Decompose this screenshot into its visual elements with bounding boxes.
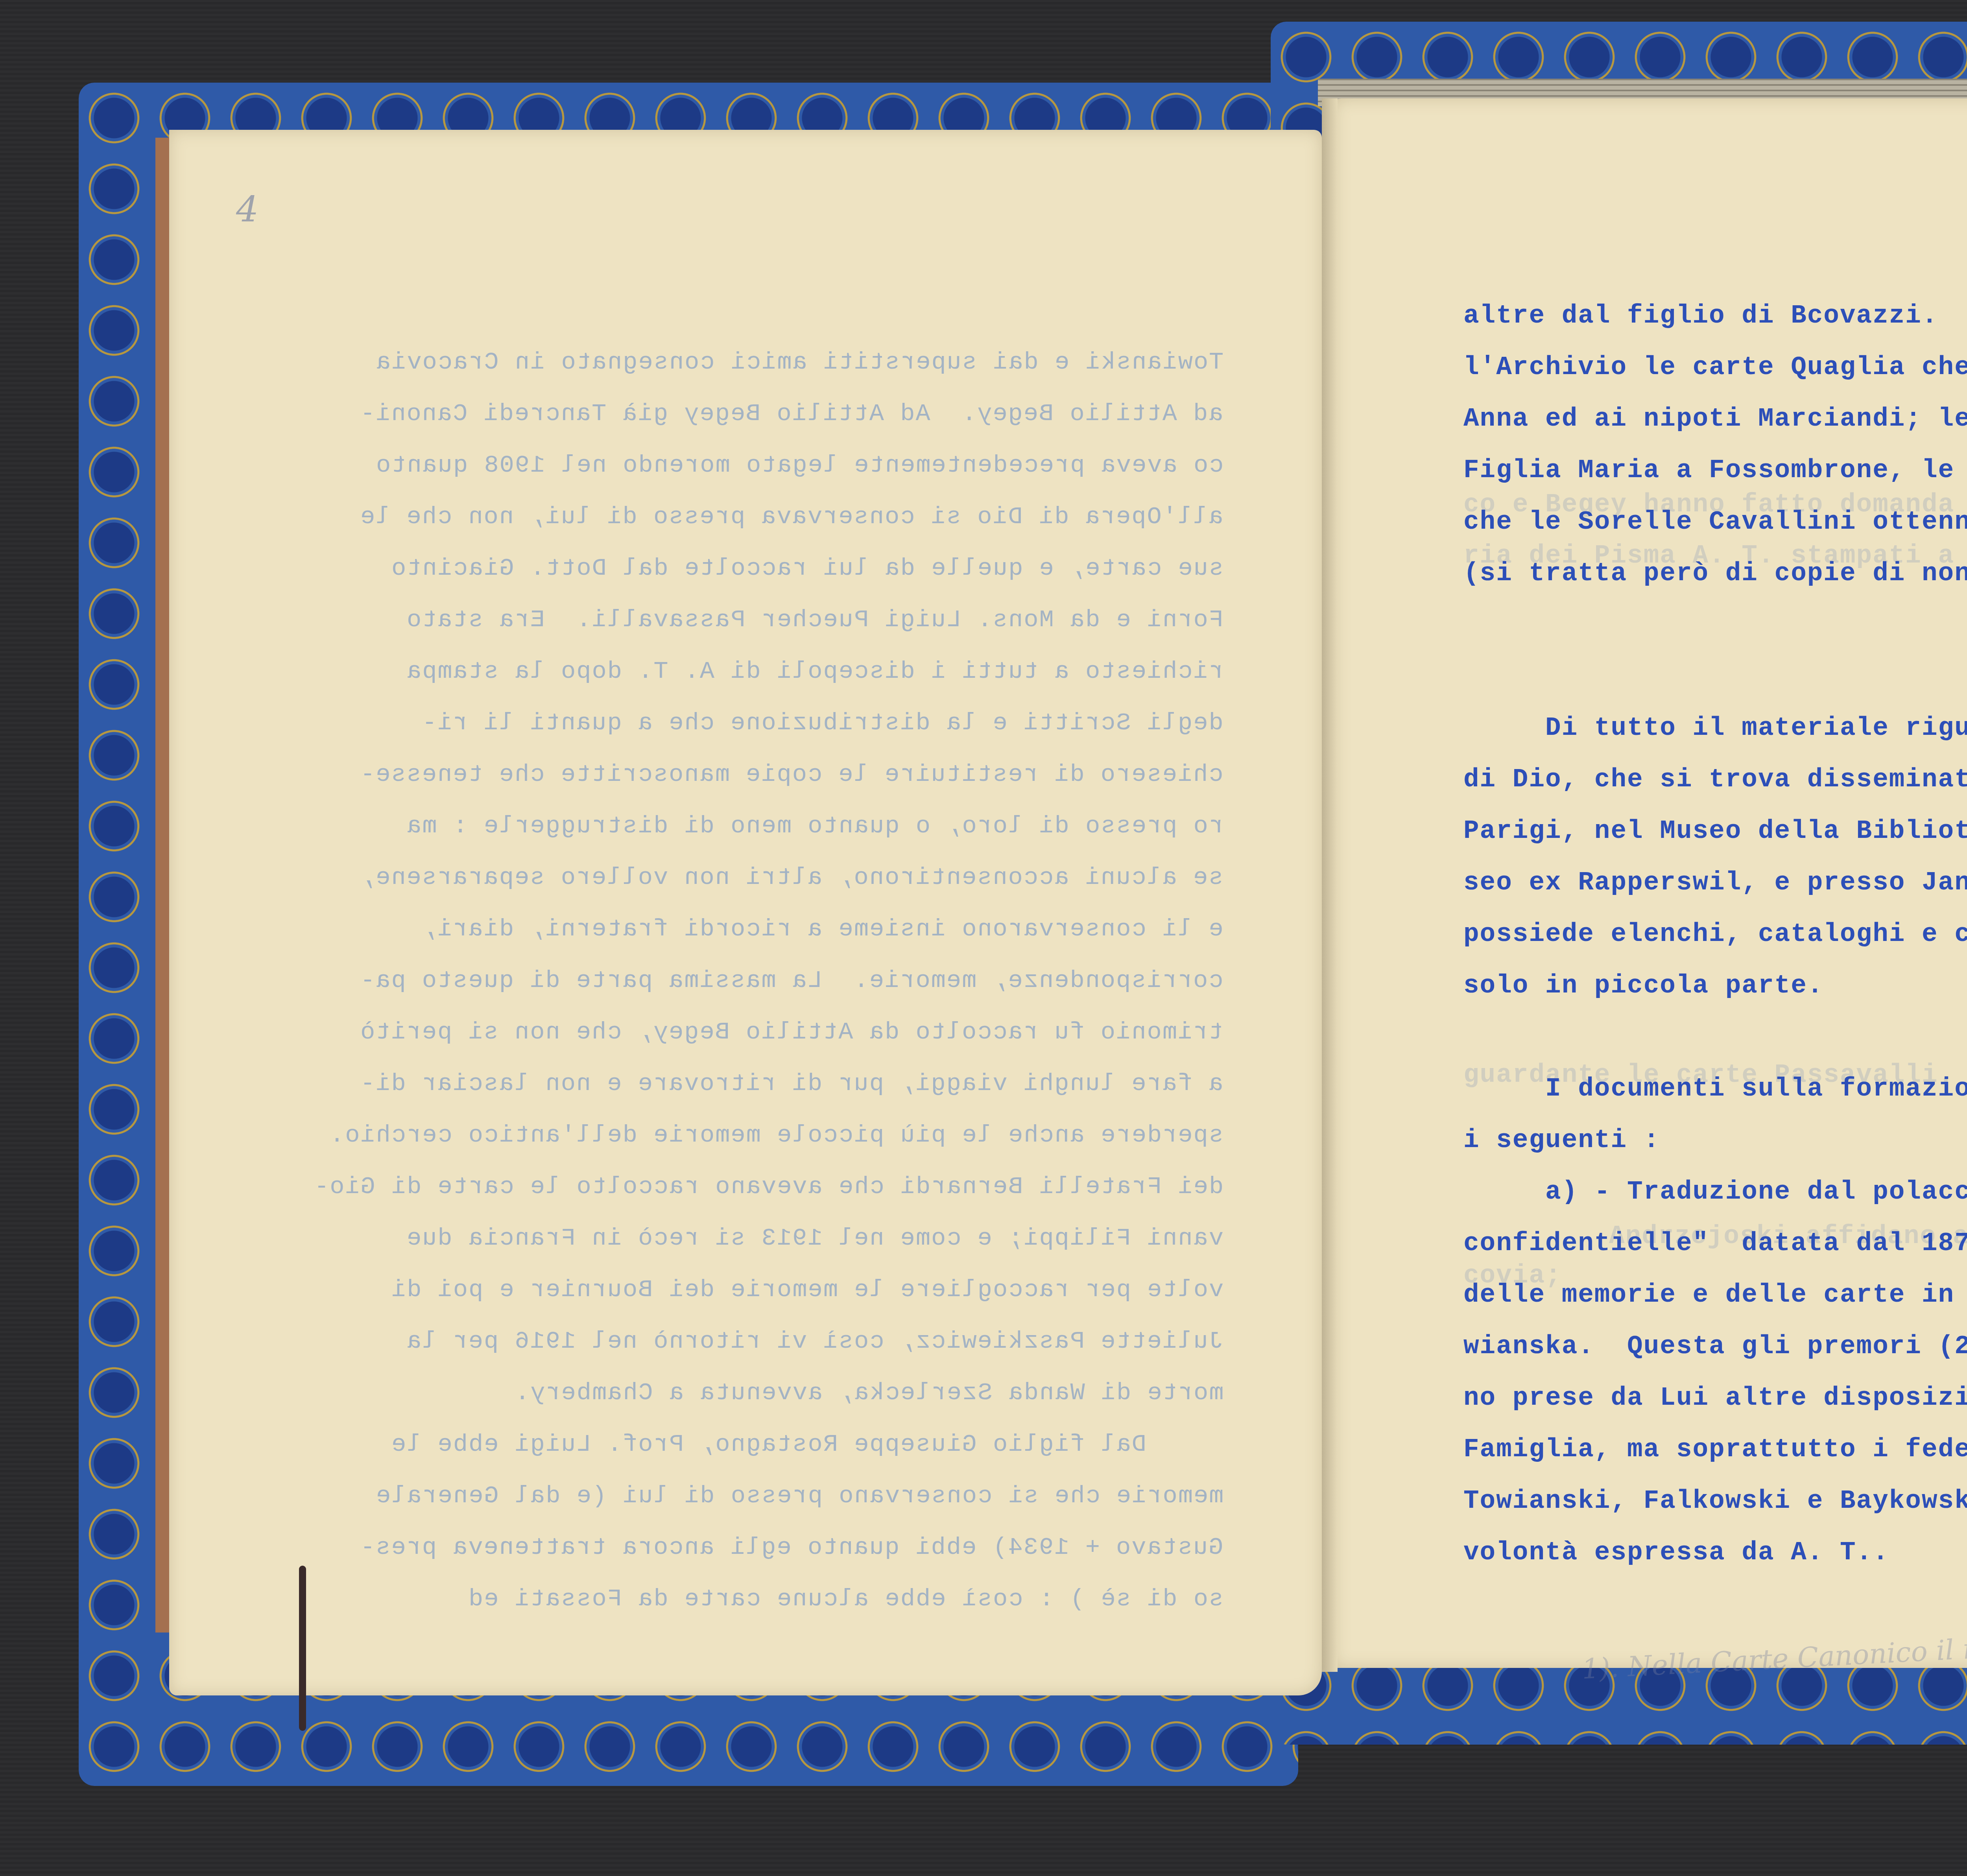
mirrored-line: volte per raccogliere le memorie dei Bou…	[391, 1278, 1223, 1302]
mirrored-line: a fare lunghi viaggi, pur di ritrovare e…	[360, 1072, 1223, 1096]
mirrored-line: e li conservarono insieme a ricordi frat…	[421, 917, 1223, 941]
mirrored-line: dei Fratelli Bernardi che avevano raccol…	[314, 1175, 1223, 1199]
cover-edge-strip	[155, 138, 171, 1633]
mirrored-line: Juliette Paszkiewicz, così vi ritornò ne…	[406, 1329, 1223, 1354]
mirrored-line: Dal figlio Giuseppe Rostagno, Prof. Luig…	[391, 1432, 1223, 1457]
mirrored-line: corrispondenze, memorie. La massima part…	[360, 968, 1223, 993]
typed-line: no prese da Lui altre disposizioni. Furo…	[1463, 1385, 1967, 1411]
typed-line: a) - Traduzione dal polacco del document…	[1463, 1179, 1967, 1205]
mirrored-line: all'Opera di Dio si conservava presso di…	[360, 505, 1223, 529]
mirrored-line: sue carte, e quelle da lui raccolte dal …	[391, 556, 1223, 581]
typed-line: che le Sorelle Cavallini ottennero di te…	[1463, 509, 1967, 535]
typed-line: delle memorie e delle carte in favore di…	[1463, 1282, 1967, 1308]
typed-line: (si tratta però di copie di non grande v…	[1463, 561, 1967, 587]
typed-line: Parigi, nel Museo della Biblioteka Jagie…	[1463, 818, 1967, 844]
typed-line: I documenti sulla formazione dell'Archiv…	[1463, 1076, 1967, 1102]
mirrored-line: morte di Wanda Szerlecka, avvenuta a Cha…	[514, 1381, 1223, 1405]
typed-line: seo ex Rapperswil, e presso Jan Chrzanow…	[1463, 870, 1967, 896]
typed-line: Anna ed ai nipoti Marciandi; le carte Ar…	[1463, 406, 1967, 432]
mirrored-line: ad Attilio Begey. Ad Attilio Begey già T…	[360, 402, 1223, 426]
typed-line: possiede elenchi, cataloghi e copie di d…	[1463, 921, 1967, 947]
pencil-page-number-left: 4	[236, 189, 258, 230]
ink-stain	[299, 1566, 306, 1731]
typed-line: di Dio, che si trova disseminato nel Mus…	[1463, 767, 1967, 793]
typed-line: Famiglia, ma soprattutto i fedeli amici …	[1463, 1437, 1967, 1463]
mirrored-line: memorie che si conservano presso di lui …	[375, 1484, 1223, 1508]
typed-line: i seguenti :	[1463, 1127, 1660, 1153]
mirrored-line: richiesto a tutti i discepoli di A. T. d…	[406, 659, 1223, 684]
mirrored-line: Forni e da Mons. Luigi Puecher Passavall…	[406, 608, 1223, 632]
mirrored-line: chiesero di restituire le copie manoscri…	[360, 762, 1223, 787]
typed-line: Di tutto il materiale riguardante A. T. …	[1463, 715, 1967, 741]
mirrored-line: degli Scritti e la distribuzione che a q…	[421, 711, 1223, 735]
typed-line: altre dal figlio di Bcovazzi. Non si riu…	[1463, 303, 1967, 329]
typed-line: l'Archivio le carte Quaglia che apparten…	[1463, 354, 1967, 380]
typed-line: confidentielle" datata dal 1872 in cui A…	[1463, 1230, 1967, 1256]
mirrored-line: ro presso di loro, o quanto meno di dist…	[406, 814, 1223, 838]
mirrored-line: se alcuni acconsentirono, altri non voll…	[360, 865, 1223, 890]
mirrored-line: Gustavo + 1934) ebbi quanto egli ancora …	[360, 1535, 1223, 1560]
typed-line: volontà espressa da A. T..	[1463, 1540, 1889, 1566]
mirrored-line: co aveva precedentemente legato morendo …	[375, 453, 1223, 478]
mirrored-line: Towianski e dai superstiti amici consegn…	[375, 350, 1223, 374]
mirrored-line: so di sè ) : così ebbe alcune carte da F…	[468, 1587, 1223, 1611]
left-page: Towianski e dai superstiti amici consegn…	[169, 130, 1322, 1695]
book-gutter	[1322, 98, 1338, 1672]
mirrored-line: sperdere anche le più piccole memorie de…	[329, 1123, 1223, 1147]
typed-line: Towianski, Falkowski e Baykowski, che si…	[1463, 1488, 1967, 1514]
mirrored-line: vanni Filippi; e come nel 1913 si recò i…	[406, 1226, 1223, 1251]
typed-line: wianska. Questa gli premori (28 aprile 1…	[1463, 1334, 1967, 1360]
mirrored-line: trimonio fu raccolto da Attilio Begey, c…	[360, 1020, 1223, 1044]
typed-line: solo in piccola parte.	[1463, 973, 1823, 999]
typed-line: Figlia Maria a Fossombrone, le rimanenti…	[1463, 457, 1967, 483]
right-page: co e Begey hanno fatto domanda per la pr…	[1334, 98, 1967, 1668]
